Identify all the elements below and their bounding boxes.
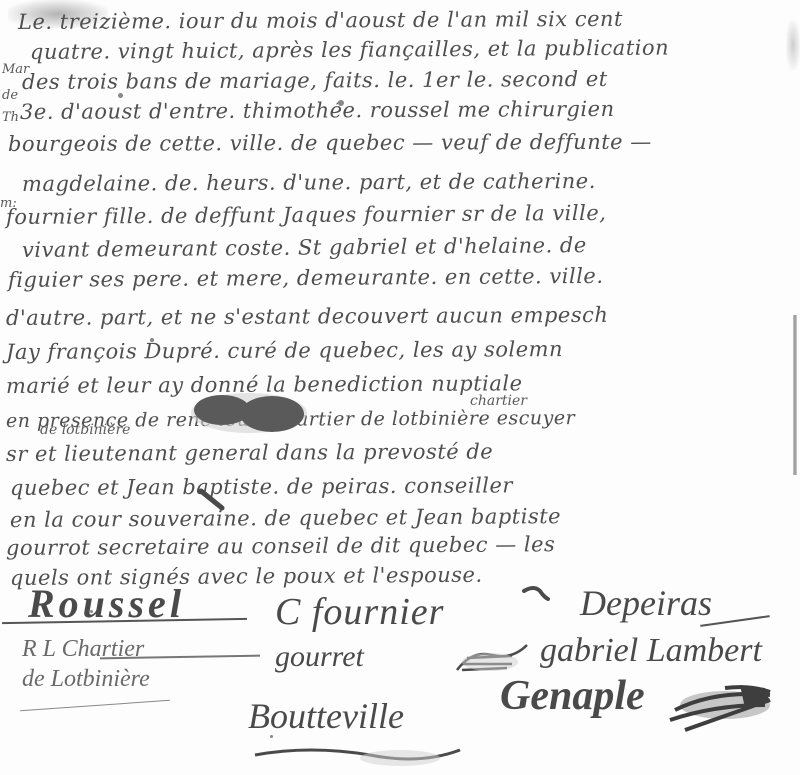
record-line-9: figuier ses pere. et mere, demeurante. e… [8,264,604,292]
record-line-11: Jay françois Dupré. curé de quebec, les … [6,337,563,364]
paper-speck [150,338,154,342]
manuscript-page: Mar de Th m: Le. treizième. iour du mois… [0,0,800,775]
signature-genaple: Genaple [500,672,645,720]
record-line-14: sr et lieutenant general dans la prevost… [6,439,493,466]
record-line-8: vivant demeurant coste. St gabriel et d'… [22,233,587,262]
page-fold-edge [793,315,797,475]
record-line-7: fournier fille. de deffunt Jaques fourni… [6,201,607,229]
paper-speck [90,610,93,613]
record-line-6: magdelaine. de. heurs. d'une. part, et d… [22,169,596,196]
record-line-2: quatre. vingt huict, après les fiançaill… [30,36,669,64]
signature-depeiras: Depeiras [580,582,712,624]
record-line-17: gourrot secretaire au conseil de dit que… [6,532,555,560]
signature-lotbiniere: de Lotbinière [22,666,150,693]
interlinear-insertion: chartier [470,393,527,409]
record-line-5: bourgeois de cette. ville. de quebec — v… [8,130,652,156]
record-line-4: 3e. d'aoust d'entre. thimothée. roussel … [20,97,615,124]
signature-paraph [665,680,780,740]
interlinear-insertion: de lotbinière [40,422,130,438]
record-line-16: en la cour souveraine. de quebec et Jean… [10,504,561,532]
ink-blot [190,392,308,434]
signature-boutteville: Boutteville [248,695,404,737]
signature-gabriel-lambert: gabriel Lambert [540,632,762,670]
signature-underline [20,700,170,711]
paper-speck [118,93,123,98]
paper-speck [338,100,344,106]
margin-note: de [2,88,18,103]
paper-stain [786,20,800,70]
signature-paraph [250,740,470,770]
ink-stroke [198,488,226,512]
record-line-1: Le. treizième. iour du mois d'aoust de l… [18,7,623,34]
signature-gourret: gourret [275,640,364,674]
record-line-3: des trois bans de mariage, faits. le. 1e… [22,67,608,94]
record-line-10: d'autre. part, et ne s'estant decouvert … [6,303,609,330]
record-line-15: quebec et Jean baptiste. de peiras. cons… [10,473,513,500]
paper-speck [270,735,273,738]
signature-fournier: C fournier [275,590,444,634]
signature-flourish [522,585,552,601]
margin-note: Th [2,110,19,125]
